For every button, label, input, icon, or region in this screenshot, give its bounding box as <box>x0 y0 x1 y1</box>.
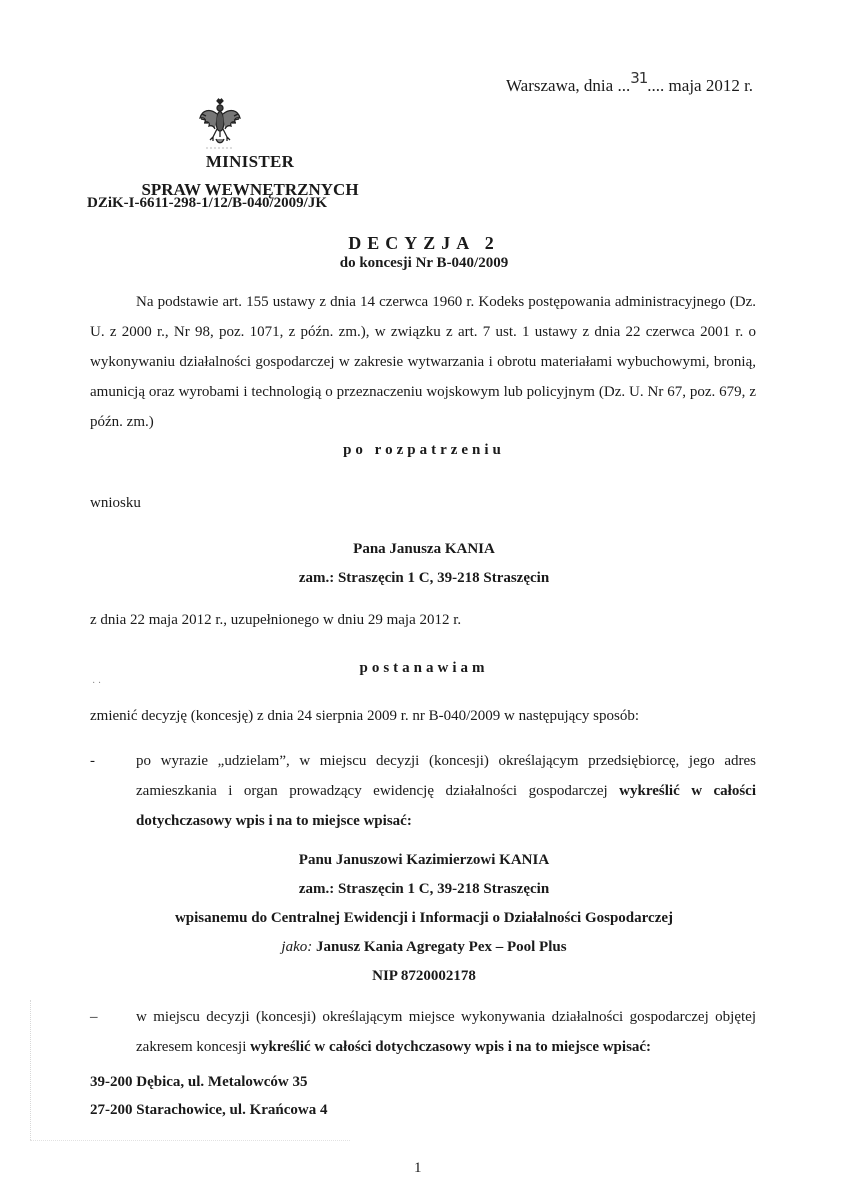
bullet-dash: - <box>90 746 95 776</box>
applicant-address: zam.: Straszęcin 1 C, 39-218 Straszęcin <box>0 564 848 593</box>
bullet-dash: – <box>90 1002 98 1032</box>
legal-basis-paragraph: Na podstawie art. 155 ustawy z dnia 14 c… <box>90 287 756 437</box>
date-dots: ... <box>617 76 630 95</box>
legal-basis-text: Na podstawie art. 155 ustawy z dnia 14 c… <box>90 294 756 430</box>
change-item-1: - po wyrazie „udzielam”, w miejscu decyz… <box>90 746 756 836</box>
change-text: w miejscu decyzji (koncesji) określający… <box>136 1002 756 1062</box>
date-dots: .... <box>647 76 664 95</box>
decision-intro: zmienić decyzję (koncesję) z dnia 24 sie… <box>90 708 639 725</box>
scan-artifact-border <box>30 1140 350 1142</box>
label-wniosku: wniosku <box>90 495 141 512</box>
applicant-name: Pana Janusza KANIA <box>0 535 848 564</box>
date-prefix: Warszawa, dnia <box>506 76 617 95</box>
new-entry-business: jako: Janusz Kania Agregaty Pex – Pool P… <box>0 933 848 962</box>
polish-eagle-emblem-icon <box>196 98 244 150</box>
handwritten-day: 31 <box>630 69 647 87</box>
heading-po-rozpatrzeniu: po rozpatrzeniu <box>0 442 848 459</box>
as-label: jako: <box>281 939 312 955</box>
location-item: 39-200 Dębica, ul. Metalowców 35 <box>90 1068 327 1096</box>
decision-subtitle: do koncesji Nr B-040/2009 <box>0 255 848 272</box>
change-text: po wyrazie „udzielam”, w miejscu decyzji… <box>136 746 756 836</box>
new-entry-nip: NIP 8720002178 <box>0 962 848 991</box>
business-name: Janusz Kania Agregaty Pex – Pool Plus <box>312 939 566 955</box>
page-number: 1 <box>414 1160 422 1177</box>
scan-artifact: · · <box>92 678 101 689</box>
reference-number: DZiK-I-6611-298-1/12/B-040/2009/JK <box>87 195 327 212</box>
decision-title: DECYZJA 2 <box>0 233 848 254</box>
location-list: 39-200 Dębica, ul. Metalowców 35 27-200 … <box>90 1068 327 1124</box>
date-suffix: maja 2012 r. <box>664 76 753 95</box>
new-entry-address: zam.: Straszęcin 1 C, 39-218 Straszęcin <box>0 875 848 904</box>
document-date: Warszawa, dnia ...31.... maja 2012 r. <box>506 76 753 96</box>
authority-title: MINISTER <box>80 150 420 174</box>
application-dates: z dnia 22 maja 2012 r., uzupełnionego w … <box>90 612 461 629</box>
new-entry-name: Panu Januszowi Kazimierzowi KANIA <box>0 846 848 875</box>
scan-artifact-border <box>30 1000 32 1140</box>
change-text-bold: wykreślić w całości dotychczasowy wpis i… <box>250 1039 651 1055</box>
change-item-2: – w miejscu decyzji (koncesji) określają… <box>90 1002 756 1062</box>
location-item: 27-200 Starachowice, ul. Krańcowa 4 <box>90 1096 327 1124</box>
heading-postanawiam: postanawiam <box>0 660 848 677</box>
new-entry-registry: wpisanemu do Centralnej Ewidencji i Info… <box>0 904 848 933</box>
